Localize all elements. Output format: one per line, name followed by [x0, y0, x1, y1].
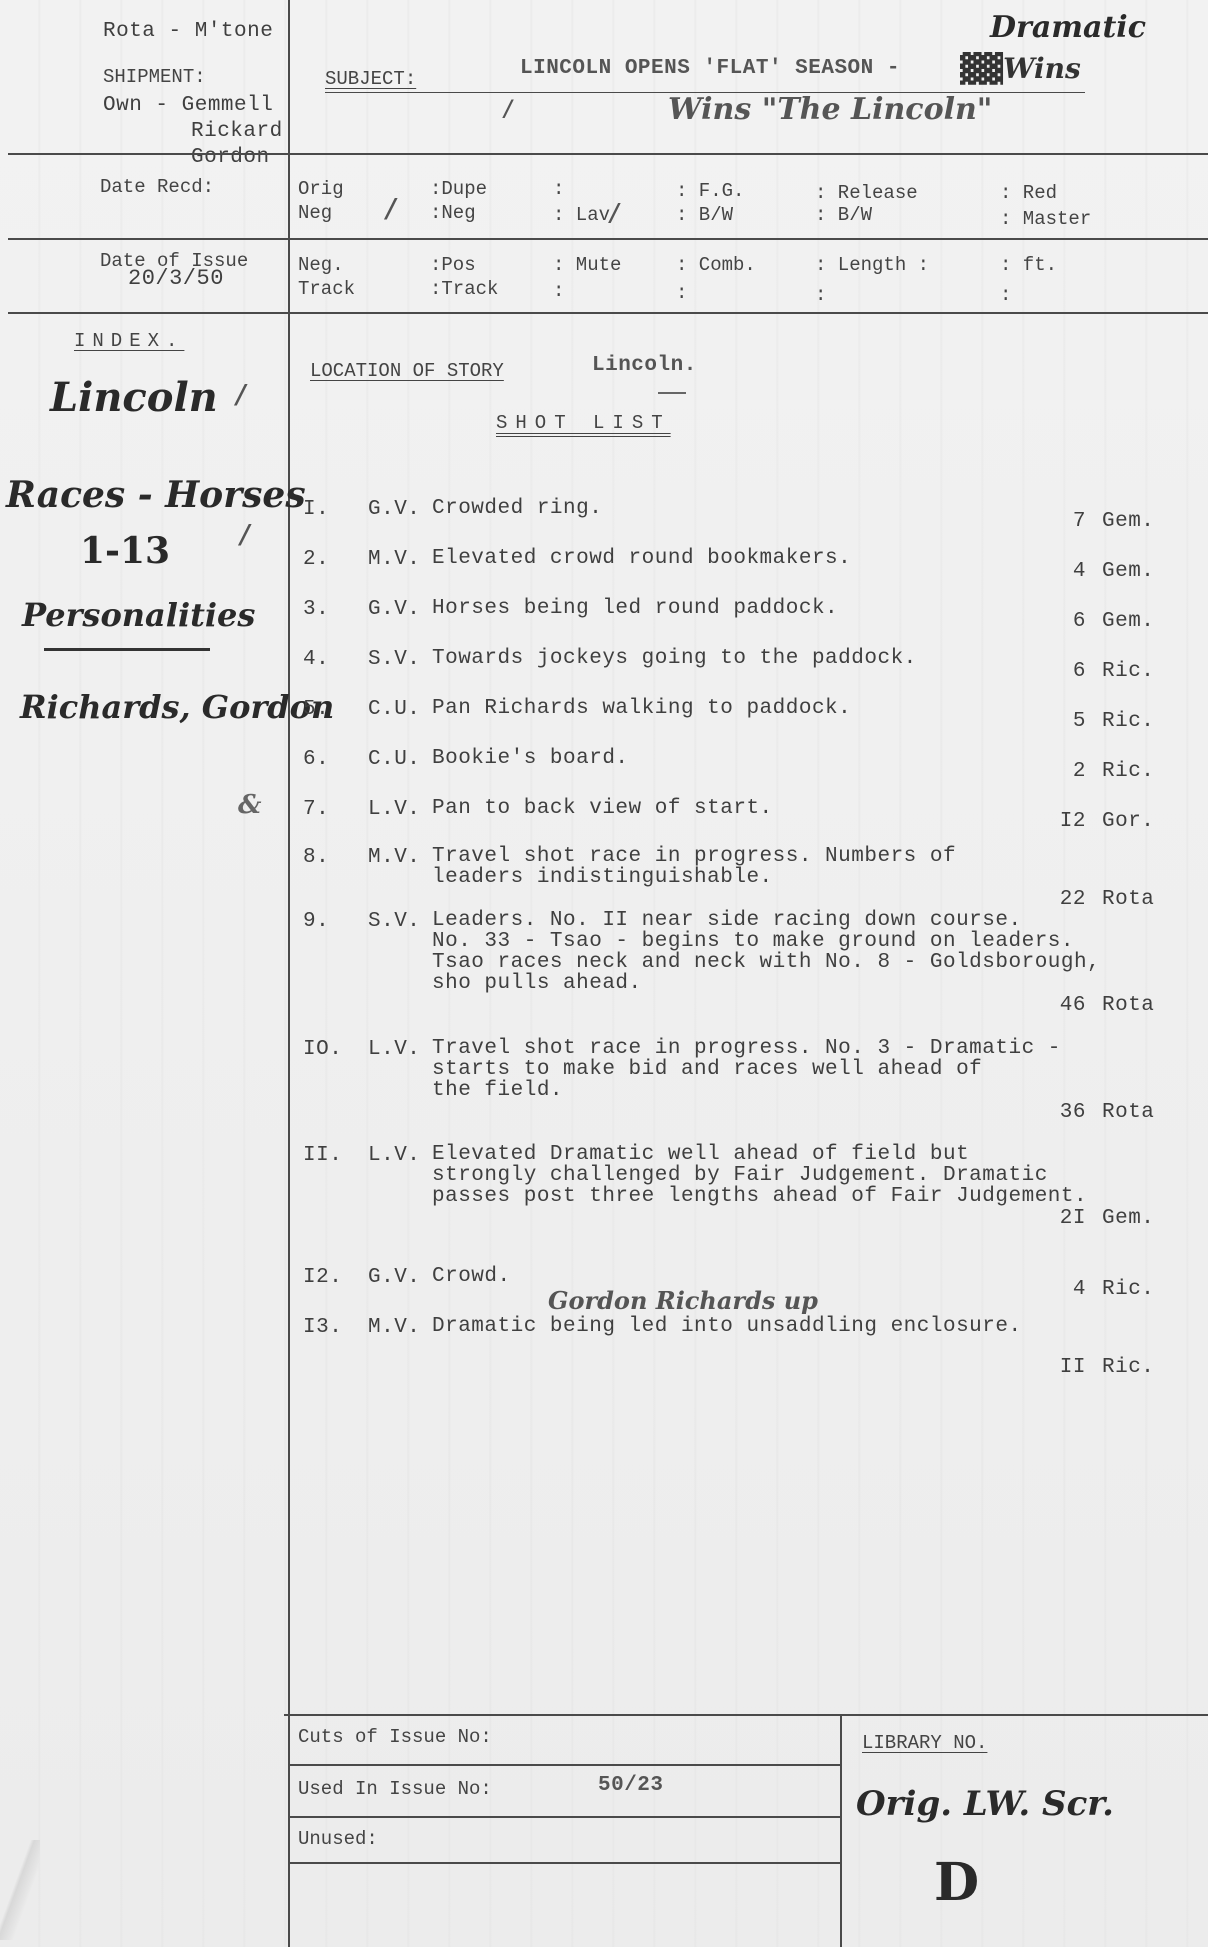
release-bw-l1: : Release: [815, 182, 918, 204]
shot-description: Bookie's board.: [432, 748, 629, 769]
shot-camera: Ric.: [1102, 660, 1154, 683]
footer-row-divider-2: [288, 1816, 840, 1818]
shot-description: Towards jockeys going to the paddock.: [432, 648, 917, 669]
shot-list-title: SHOT LIST: [496, 412, 671, 434]
index-tick-2: /: [240, 520, 250, 550]
pos-track-l1: :Pos: [430, 254, 476, 276]
shot-camera: Gor.: [1102, 810, 1154, 833]
library-label: LIBRARY NO.: [862, 1732, 987, 1754]
shot-camera: Ric.: [1102, 760, 1154, 783]
shot-description-line: leaders indistinguishable.: [432, 867, 956, 888]
shot-description-line: Crowd.: [432, 1266, 511, 1287]
shot-number: I3.: [303, 1316, 342, 1339]
header-divider: [8, 153, 1208, 155]
neg-track-l1: Neg.: [298, 254, 344, 276]
shot-description-line: Leaders. No. II near side racing down co…: [432, 910, 1100, 931]
shot-number: 2.: [303, 548, 329, 571]
index-entry-range: 1-13: [80, 530, 170, 572]
shot-description-line: Dramatic being led into unsaddling enclo…: [432, 1316, 1022, 1337]
index-entry-races: Races - Horses: [6, 474, 306, 516]
shot-description: Horses being led round paddock.: [432, 598, 838, 619]
shot-description-line: Bookie's board.: [432, 748, 629, 769]
cuts-label: Cuts of Issue No:: [298, 1726, 492, 1748]
shot-code: M.V.: [368, 846, 420, 869]
index-title: INDEX.: [74, 330, 184, 352]
shot-description: Pan Richards walking to paddock.: [432, 698, 851, 719]
date-recd-divider: [8, 238, 1208, 240]
shot-number: I.: [303, 498, 329, 521]
dupe-neg-l1: :Dupe: [430, 178, 487, 200]
shot-length: 22: [1026, 888, 1086, 911]
footer-row-divider-3: [288, 1862, 840, 1864]
orig-neg-l1: Orig: [298, 178, 344, 200]
shot-length: 2I: [1026, 1207, 1086, 1230]
shot-length: 2: [1026, 760, 1086, 783]
ft-l2: :: [1000, 284, 1011, 306]
shipment-name-2: Gordon: [191, 146, 270, 169]
shot-camera: Ric.: [1102, 710, 1154, 733]
shot-description-line: Pan to back view of start.: [432, 798, 773, 819]
location-label: LOCATION OF STORY: [310, 360, 504, 382]
shot-code: C.U.: [368, 748, 420, 771]
shot-length: 4: [1026, 560, 1086, 583]
shot-code: C.U.: [368, 698, 420, 721]
shot-description: Pan to back view of start.: [432, 798, 773, 819]
index-entry-personalities: Personalities: [22, 596, 255, 634]
shot-code: G.V.: [368, 1266, 420, 1289]
shot-description-line: No. 33 - Tsao - begins to make ground on…: [432, 931, 1100, 952]
ft-l1: : ft.: [1000, 254, 1057, 276]
subject-handwritten-top: Dramatic: [990, 10, 1146, 45]
shot-length: I2: [1026, 810, 1086, 833]
handwritten-insert: Gordon Richards up: [548, 1286, 818, 1315]
left-column-divider: [288, 0, 290, 1947]
shot-number: 4.: [303, 648, 329, 671]
lav-l1: :: [553, 178, 564, 200]
shot-description: Elevated Dramatic well ahead of field bu…: [432, 1144, 1087, 1207]
library-handwritten: Orig. LW. Scr.: [856, 1784, 1114, 1824]
shot-number: 9.: [303, 910, 329, 933]
shot-description-line: Pan Richards walking to paddock.: [432, 698, 851, 719]
shot-camera: Ric.: [1102, 1356, 1154, 1379]
shot-description-line: strongly challenged by Fair Judgement. D…: [432, 1165, 1087, 1186]
shot-number: 6.: [303, 748, 329, 771]
shot-number: 7.: [303, 798, 329, 821]
lav-tick: /: [610, 198, 619, 227]
fg-bw-l2: : B/W: [676, 204, 733, 226]
shot-description: Leaders. No. II near side racing down co…: [432, 910, 1100, 994]
shot-code: L.V.: [368, 1038, 420, 1061]
subject-typed: LINCOLN OPENS 'FLAT' SEASON -: [520, 57, 900, 80]
shot-camera: Gem.: [1102, 610, 1154, 633]
shot-description-line: Towards jockeys going to the paddock.: [432, 648, 917, 669]
shot-number: 8.: [303, 846, 329, 869]
shot-length: 4: [1026, 1278, 1086, 1301]
shot-code: L.V.: [368, 798, 420, 821]
shot-camera: Rota: [1102, 888, 1154, 911]
shot-description-line: Horses being led round paddock.: [432, 598, 838, 619]
subject-handwritten-struck: ▓▓Wins: [960, 52, 1081, 85]
shot-description: Dramatic being led into unsaddling enclo…: [432, 1316, 1022, 1337]
shot-camera: Rota: [1102, 994, 1154, 1017]
shipment-label: SHIPMENT:: [103, 66, 206, 88]
shot-number: 5.: [303, 698, 329, 721]
index-entry-richards: Richards, Gordon: [20, 688, 334, 726]
shipment-name-1: Rickard: [191, 120, 283, 143]
shot-camera: Gem.: [1102, 560, 1154, 583]
rota-line: Rota - M'tone: [103, 20, 273, 43]
shot-description: Crowd.: [432, 1266, 511, 1287]
unused-label: Unused:: [298, 1828, 378, 1850]
shot-description: Travel shot race in progress. No. 3 - Dr…: [432, 1038, 1061, 1101]
shot-description-line: Elevated crowd round bookmakers.: [432, 548, 851, 569]
date-recd-label: Date Recd:: [100, 176, 214, 198]
fg-bw-l1: : F.G.: [676, 180, 744, 202]
lav-l2: : Lav: [553, 204, 610, 226]
footer-row-divider-1: [288, 1764, 840, 1766]
shot-length: 46: [1026, 994, 1086, 1017]
subject-label: SUBJECT:: [325, 68, 416, 90]
location-value: Lincoln.: [592, 354, 697, 377]
used-value: 50/23: [598, 1774, 664, 1797]
shot-description: Elevated crowd round bookmakers.: [432, 548, 851, 569]
footer-top-divider: [284, 1714, 1208, 1716]
location-mark: [658, 392, 686, 394]
index-entry-lincoln: Lincoln: [50, 374, 218, 421]
shot-number: II.: [303, 1144, 342, 1167]
shot-code: L.V.: [368, 1144, 420, 1167]
date-issue-value: 20/3/50: [128, 266, 224, 291]
comb-l1: : Comb.: [676, 254, 756, 276]
shot-length: 5: [1026, 710, 1086, 733]
index-underline: [44, 648, 210, 651]
shot-description: Crowded ring.: [432, 498, 602, 519]
shot-camera: Gem.: [1102, 1207, 1154, 1230]
shot-description-line: Travel shot race in progress. No. 3 - Dr…: [432, 1038, 1061, 1059]
tick-mark: /: [504, 96, 512, 122]
dupe-neg-l2: :Neg: [430, 202, 476, 224]
subject-handwritten-line2: Wins "The Lincoln": [668, 92, 992, 127]
library-letter: D: [934, 1852, 979, 1913]
shot-length: 6: [1026, 610, 1086, 633]
shot-code: M.V.: [368, 1316, 420, 1339]
comb-l2: :: [676, 282, 687, 304]
length-l1: : Length :: [815, 254, 929, 276]
length-l2: :: [815, 284, 826, 306]
red-master-l1: : Red: [1000, 182, 1057, 204]
pos-track-l2: :Track: [430, 278, 498, 300]
shot-description-line: Travel shot race in progress. Numbers of: [432, 846, 956, 867]
shot-length: 36: [1026, 1101, 1086, 1124]
shot-length: 7: [1026, 510, 1086, 533]
shot-description: Travel shot race in progress. Numbers of…: [432, 846, 956, 888]
shot-number: I2.: [303, 1266, 342, 1289]
shot-description-line: Tsao races neck and neck with No. 8 - Go…: [432, 952, 1100, 973]
shot-description-line: Crowded ring.: [432, 498, 602, 519]
index-footnote-mark: &: [238, 790, 261, 820]
shipment-line: Own - Gemmell: [103, 94, 273, 117]
index-tick-1: /: [236, 380, 246, 410]
shot-code: S.V.: [368, 648, 420, 671]
orig-neg-l2: Neg: [298, 202, 332, 224]
shot-length: II: [1026, 1356, 1086, 1379]
shot-camera: Gem.: [1102, 510, 1154, 533]
folded-corner: [0, 1840, 40, 1940]
shot-description-line: Elevated Dramatic well ahead of field bu…: [432, 1144, 1087, 1165]
footer-column-divider: [840, 1716, 842, 1947]
shot-number: 3.: [303, 598, 329, 621]
shot-code: M.V.: [368, 548, 420, 571]
orig-neg-tick: /: [386, 194, 396, 224]
shot-description-line: the field.: [432, 1080, 1061, 1101]
neg-track-l2: Track: [298, 278, 355, 300]
release-bw-l2: : B/W: [815, 204, 872, 226]
shot-code: G.V.: [368, 498, 420, 521]
date-issue-divider: [8, 312, 1208, 314]
shot-code: S.V.: [368, 910, 420, 933]
shot-camera: Rota: [1102, 1101, 1154, 1124]
red-master-l2: : Master: [1000, 208, 1091, 230]
shot-camera: Ric.: [1102, 1278, 1154, 1301]
shot-number: IO.: [303, 1038, 342, 1061]
shot-code: G.V.: [368, 598, 420, 621]
mute-l2: :: [553, 280, 564, 302]
shot-description-line: starts to make bid and races well ahead …: [432, 1059, 1061, 1080]
shot-length: 6: [1026, 660, 1086, 683]
used-label: Used In Issue No:: [298, 1778, 492, 1800]
shot-description-line: sho pulls ahead.: [432, 973, 1100, 994]
shot-description-line: passes post three lengths ahead of Fair …: [432, 1186, 1087, 1207]
mute-l1: : Mute: [553, 254, 621, 276]
